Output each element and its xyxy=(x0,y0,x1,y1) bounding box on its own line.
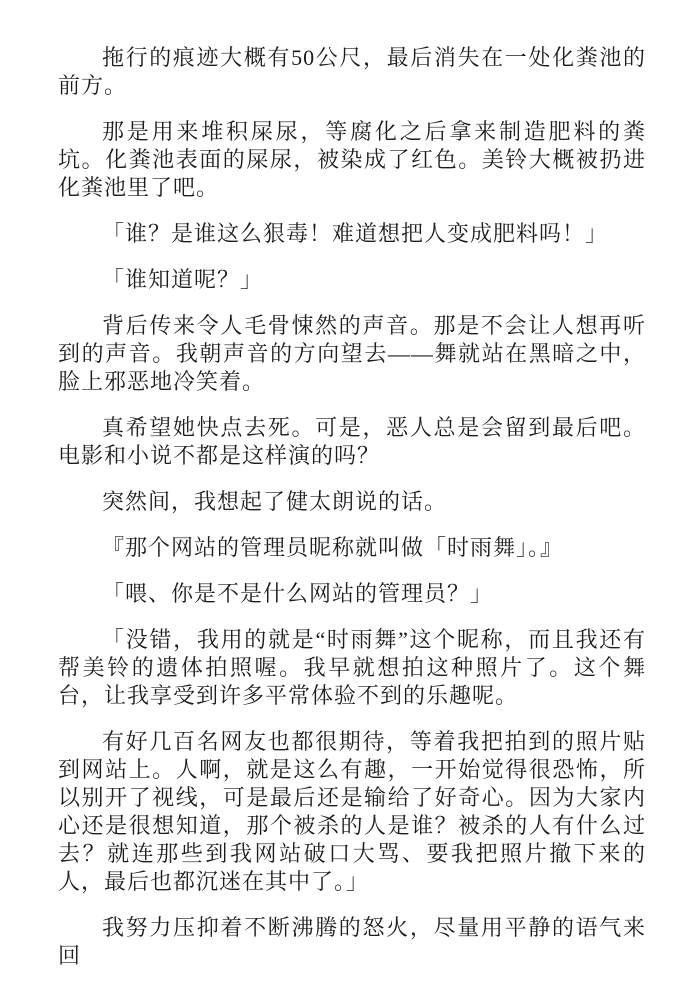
paragraph: 「谁？是谁这么狠毒！难道想把人变成肥料吗！」 xyxy=(58,220,646,248)
paragraph: 那是用来堆积屎尿，等腐化之后拿来制造肥料的粪坑。化粪池表面的屎尿，被染成了红色。… xyxy=(58,118,646,202)
paragraph: 「没错，我用的就是“时雨舞”这个昵称，而且我还有帮美铃的遗体拍照喔。我早就想拍这… xyxy=(58,626,646,710)
paragraph: 突然间，我想起了健太朗说的话。 xyxy=(58,488,646,516)
paragraph: 真希望她快点去死。可是，恶人总是会留到最后吧。电影和小说不都是这样演的吗？ xyxy=(58,414,646,470)
paragraph: 「谁知道呢？」 xyxy=(58,266,646,294)
paragraph: 拖行的痕迹大概有50公尺，最后消失在一处化粪池的前方。 xyxy=(58,44,646,100)
paragraph: 有好几百名网友也都很期待，等着我把拍到的照片贴到网站上。人啊，就是这么有趣，一开… xyxy=(58,728,646,896)
paragraph: 我努力压抑着不断沸腾的怒火，尽量用平静的语气来回 xyxy=(58,914,646,970)
book-page: 拖行的痕迹大概有50公尺，最后消失在一处化粪池的前方。 那是用来堆积屎尿，等腐化… xyxy=(0,0,700,992)
paragraph: 背后传来令人毛骨悚然的声音。那是不会让人想再听到的声音。我朝声音的方向望去——舞… xyxy=(58,312,646,396)
paragraph: 「喂、你是不是什么网站的管理员？」 xyxy=(58,580,646,608)
paragraph: 『那个网站的管理员昵称就叫做「时雨舞」。』 xyxy=(58,534,646,562)
